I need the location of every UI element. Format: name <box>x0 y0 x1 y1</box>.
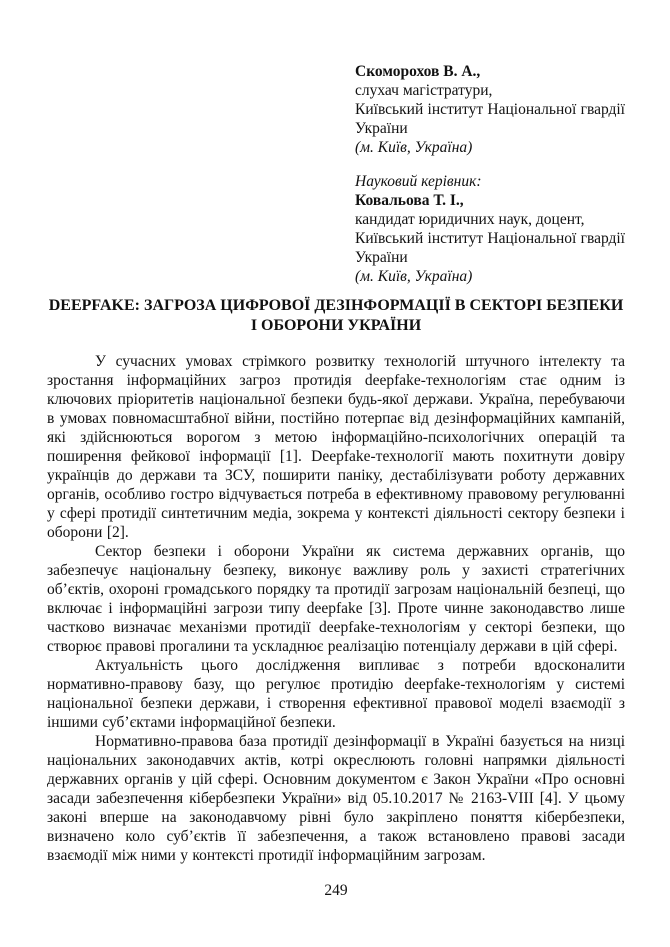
author-name: Скоморохов В. А., <box>355 62 625 81</box>
supervisor-affiliation: Київський інститут Національної гвардії … <box>355 229 625 267</box>
page-footer: 249 <box>47 881 625 900</box>
supervisor-name: Ковальова Т. І., <box>355 191 625 210</box>
author-affiliation: Київський інститут Національної гвардії … <box>355 100 625 138</box>
article-body: У сучасних умовах стрімкого розвитку тех… <box>47 352 625 865</box>
supervisor-block: Науковий керівник: Ковальова Т. І., канд… <box>355 172 625 286</box>
supervisor-location: (м. Київ, Україна) <box>355 267 625 286</box>
author-location: (м. Київ, Україна) <box>355 138 625 157</box>
author-block: Скоморохов В. А., слухач магістратури, К… <box>355 62 625 157</box>
body-paragraph-4: Нормативно-правова база протидії дезінфо… <box>47 732 625 865</box>
body-paragraph-3: Актуальність цього дослідження випливає … <box>47 656 625 732</box>
page-number: 249 <box>324 882 347 899</box>
supervisor-degree: кандидат юридичних наук, доцент, <box>355 210 625 229</box>
body-paragraph-2: Сектор безпеки і оборони України як сист… <box>47 542 625 656</box>
document-page: Скоморохов В. А., слухач магістратури, К… <box>0 0 670 947</box>
article-title: DEEPFAKE: ЗАГРОЗА ЦИФРОВОЇ ДЕЗІНФОРМАЦІЇ… <box>47 296 625 336</box>
supervisor-label: Науковий керівник: <box>355 172 625 191</box>
body-paragraph-1: У сучасних умовах стрімкого розвитку тех… <box>47 352 625 542</box>
author-role: слухач магістратури, <box>355 81 625 100</box>
